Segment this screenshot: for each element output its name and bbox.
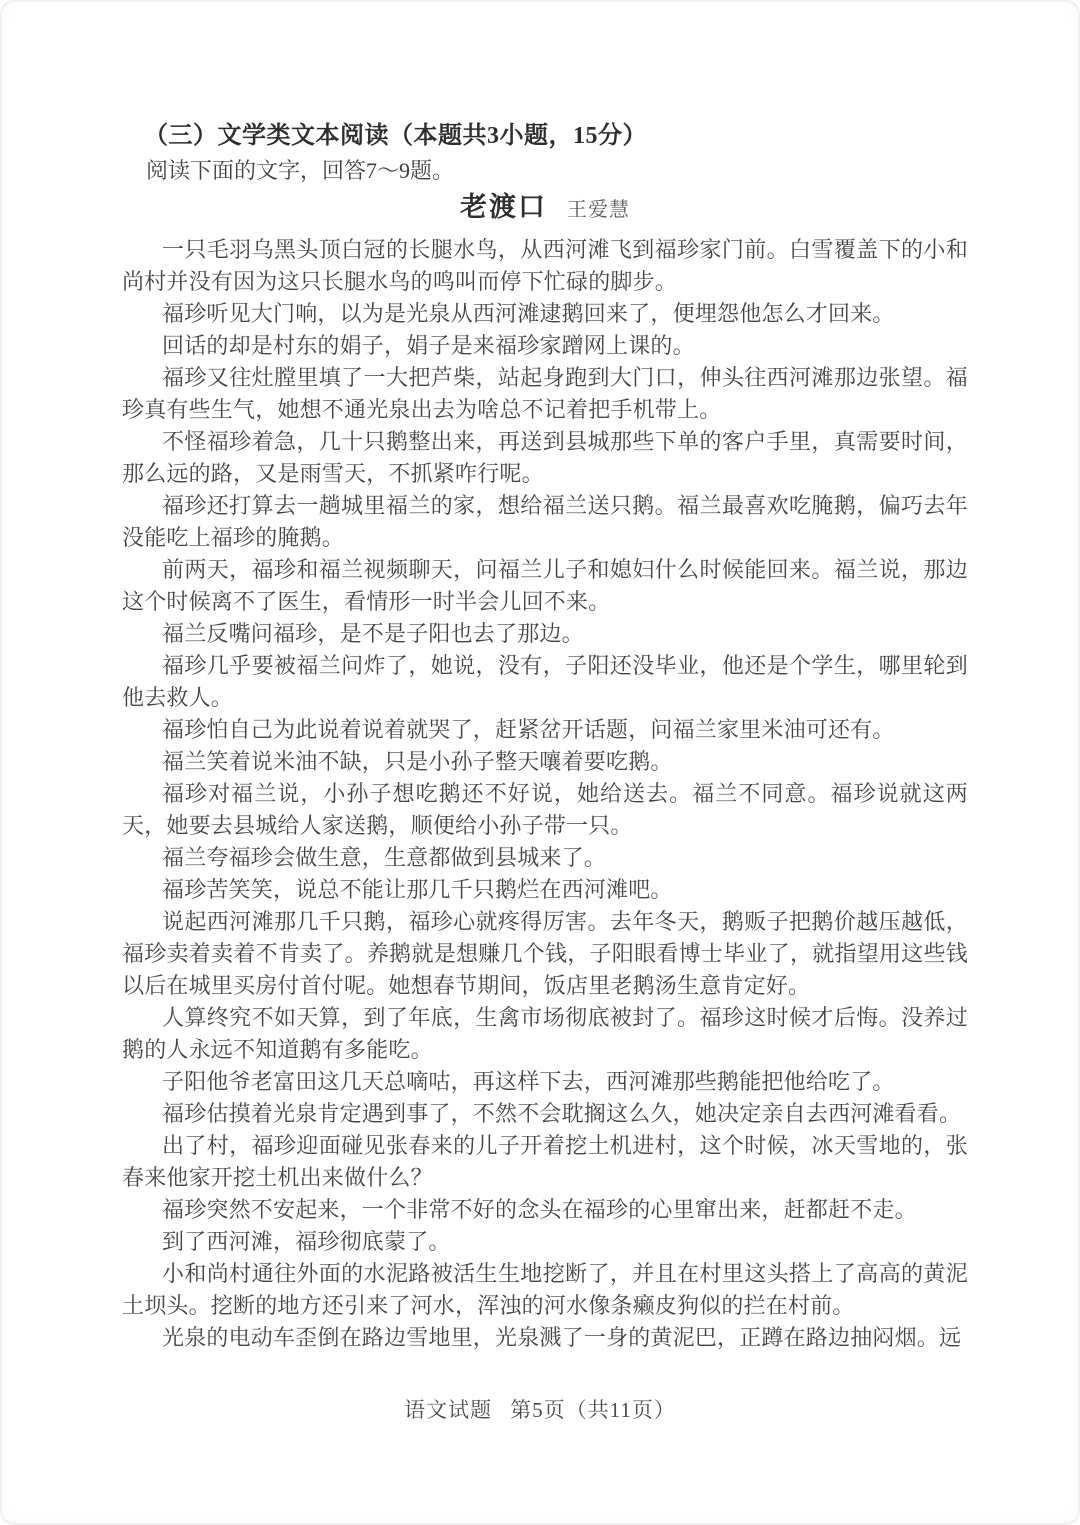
section-heading: （三）文学类文本阅读（本题共3小题，15分） bbox=[144, 120, 968, 152]
story-paragraph: 福珍怕自己为此说着说着就哭了，赶紧岔开话题，问福兰家里米油可还有。 bbox=[122, 714, 968, 746]
page-footer: 语文试题第5页（共11页） bbox=[0, 1394, 1080, 1424]
story-paragraph: 福兰夸福珍会做生意，生意都做到县城来了。 bbox=[122, 842, 968, 874]
story-paragraph: 福珍估摸着光泉肯定遇到事了，不然不会耽搁这么久，她决定亲自去西河滩看看。 bbox=[122, 1098, 968, 1130]
story-paragraph: 福珍苦笑笑，说总不能让那几千只鹅烂在西河滩吧。 bbox=[122, 874, 968, 906]
story-title: 老渡口 bbox=[460, 192, 547, 222]
story-paragraph: 人算终究不如天算，到了年底，生禽市场彻底被封了。福珍这时候才后悔。没养过鹅的人永… bbox=[122, 1002, 968, 1066]
story-paragraph: 说起西河滩那几千只鹅，福珍心就疼得厉害。去年冬天，鹅贩子把鹅价越压越低，福珍卖着… bbox=[122, 906, 968, 1002]
story-paragraph: 小和尚村通往外面的水泥路被活生生地挖断了，并且在村里这头搭上了高高的黄泥土坝头。… bbox=[122, 1258, 968, 1322]
story-paragraph: 到了西河滩，福珍彻底蒙了。 bbox=[122, 1226, 968, 1258]
story-paragraph: 福珍突然不安起来，一个非常不好的念头在福珍的心里窜出来，赶都赶不走。 bbox=[122, 1194, 968, 1226]
story-paragraph: 福珍对福兰说，小孙子想吃鹅还不好说，她给送去。福兰不同意。福珍说就这两天，她要去… bbox=[122, 778, 968, 842]
story-paragraph: 前两天，福珍和福兰视频聊天，问福兰儿子和媳妇什么时候能回来。福兰说，那边这个时候… bbox=[122, 554, 968, 618]
footer-doc-label: 语文试题 bbox=[404, 1398, 492, 1422]
footer-page-number: 第5页（共11页） bbox=[510, 1398, 676, 1422]
page-content: （三）文学类文本阅读（本题共3小题，15分） 阅读下面的文字，回答7～9题。 老… bbox=[0, 0, 1080, 1354]
story-paragraph: 福兰笑着说米油不缺，只是小孙子整天嚷着要吃鹅。 bbox=[122, 746, 968, 778]
story-paragraph: 不怪福珍着急，几十只鹅整出来，再送到县城那些下单的客户手里，真需要时间，那么远的… bbox=[122, 426, 968, 490]
story-paragraph: 一只毛羽乌黑头顶白冠的长腿水鸟，从西河滩飞到福珍家门前。白雪覆盖下的小和尚村并没… bbox=[122, 234, 968, 298]
reading-instruction: 阅读下面的文字，回答7～9题。 bbox=[146, 155, 968, 187]
story-author: 王爱慧 bbox=[567, 199, 630, 221]
story-paragraph: 出了村，福珍迎面碰见张春来的儿子开着挖土机进村，这个时候，冰天雪地的，张春来他家… bbox=[122, 1130, 968, 1194]
exam-paper-page: （三）文学类文本阅读（本题共3小题，15分） 阅读下面的文字，回答7～9题。 老… bbox=[0, 0, 1080, 1525]
story-paragraph: 福珍还打算去一趟城里福兰的家，想给福兰送只鹅。福兰最喜欢吃腌鹅，偏巧去年没能吃上… bbox=[122, 490, 968, 554]
story-title-row: 老渡口王爱慧 bbox=[122, 190, 968, 229]
story-paragraph: 福珍又往灶膛里填了一大把芦柴，站起身跑到大门口，伸头往西河滩那边张望。福珍真有些… bbox=[122, 362, 968, 426]
story-paragraph: 福珍几乎要被福兰问炸了，她说，没有，子阳还没毕业，他还是个学生，哪里轮到他去救人… bbox=[122, 650, 968, 714]
story-paragraph: 子阳他爷老富田这几天总嘀咕，再这样下去，西河滩那些鹅能把他给吃了。 bbox=[122, 1066, 968, 1098]
story-paragraph: 光泉的电动车歪倒在路边雪地里，光泉溅了一身的黄泥巴，正蹲在路边抽闷烟。远 bbox=[122, 1322, 968, 1354]
story-paragraph: 福珍听见大门响，以为是光泉从西河滩逮鹅回来了，便埋怨他怎么才回来。 bbox=[122, 298, 968, 330]
story-paragraph: 福兰反嘴问福珍，是不是子阳也去了那边。 bbox=[122, 618, 968, 650]
story-body: 一只毛羽乌黑头顶白冠的长腿水鸟，从西河滩飞到福珍家门前。白雪覆盖下的小和尚村并没… bbox=[122, 234, 968, 1354]
story-paragraph: 回话的却是村东的娟子，娟子是来福珍家蹭网上课的。 bbox=[122, 330, 968, 362]
